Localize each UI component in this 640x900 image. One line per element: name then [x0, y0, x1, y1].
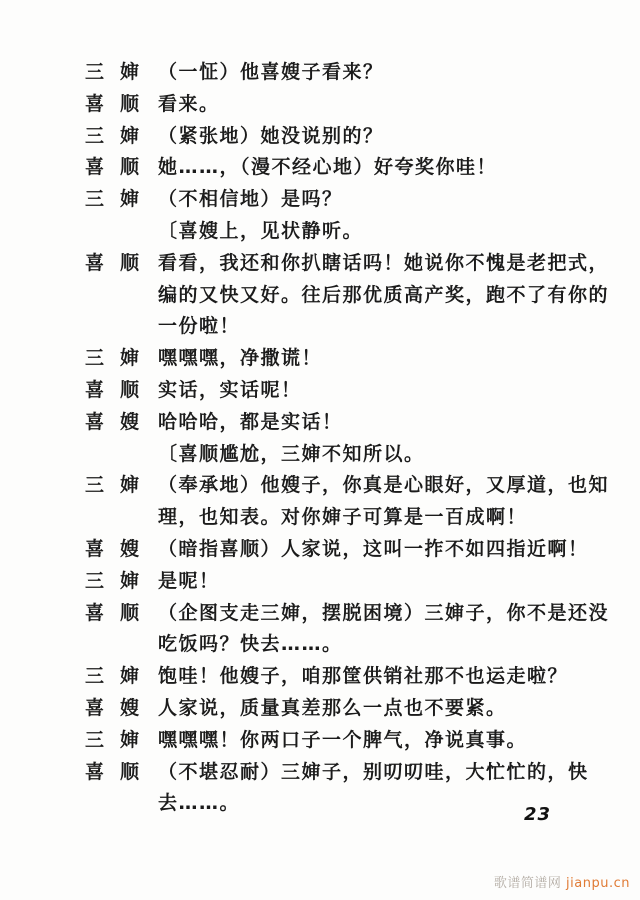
watermark: 歌谱简谱网 jianpu.cn — [494, 872, 630, 891]
watermark-site-name: 歌谱简谱网 — [494, 876, 562, 891]
script-line: 三婶 （一怔）他喜嫂子看来？ — [0, 57, 640, 89]
dialogue-text: 吃饭吗？快去……。 — [158, 629, 343, 656]
speaker-name: 三婶 — [85, 121, 139, 148]
speaker-name: 三婶 — [85, 57, 139, 84]
speaker-name: 三婶 — [85, 725, 139, 752]
script-line: 三婶 （紧张地）她没说别的？ — [0, 121, 640, 153]
dialogue-text: （企图支走三婶，摆脱困境）三婶子，你不是还没 — [158, 598, 609, 625]
script-line: 喜嫂 哈哈哈，都是实话！ — [0, 407, 640, 439]
dialogue-text: 编的又快又好。往后那优质高产奖，跑不了有你的 — [158, 280, 609, 307]
speaker-name: 喜嫂 — [85, 407, 139, 434]
script-line: 喜顺 （企图支走三婶，摆脱困境）三婶子，你不是还没 — [0, 598, 640, 630]
script-line: 喜嫂 人家说，质量真差那么一点也不要紧。 — [0, 693, 640, 725]
dialogue-text: （暗指喜顺）人家说，这叫一拃不如四指近啊！ — [158, 534, 589, 561]
script-line: 喜顺 实话，实话呢！ — [0, 375, 640, 407]
speaker-name: 三婶 — [85, 661, 139, 688]
stage-direction-line: 〔喜顺尴尬，三婶不知所以。 — [0, 439, 640, 471]
dialogue-text: （一怔）他喜嫂子看来？ — [158, 57, 384, 84]
script-line: 喜顺 看来。 — [0, 89, 640, 121]
dialogue-continuation-line: 理，也知表。对你婶子可算是一百成啊！ — [0, 502, 640, 534]
dialogue-text: 人家说，质量真差那么一点也不要紧。 — [158, 693, 507, 720]
speaker-name: 喜顺 — [85, 152, 139, 179]
dialogue-text: （奉承地）他嫂子，你真是心眼好，又厚道，也知 — [158, 470, 609, 497]
dialogue-text: 嘿嘿嘿！你两口子一个脾气，净说真事。 — [158, 725, 527, 752]
speaker-name: 三婶 — [85, 343, 139, 370]
dialogue-text: 一份啦！ — [158, 311, 240, 338]
script-line: 三婶 （奉承地）他嫂子，你真是心眼好，又厚道，也知 — [0, 470, 640, 502]
dialogue-text: （不堪忍耐）三婶子，别叨叨哇，大忙忙的，快 — [158, 757, 589, 784]
dialogue-text: 是呢！ — [158, 566, 220, 593]
watermark-site-url: jianpu.cn — [566, 876, 630, 891]
speaker-name: 喜嫂 — [85, 693, 139, 720]
dialogue-text: 去……。 — [158, 788, 240, 815]
dialogue-continuation-line: 一份啦！ — [0, 311, 640, 343]
speaker-name: 喜顺 — [85, 375, 139, 402]
dialogue-continuation-line: 吃饭吗？快去……。 — [0, 629, 640, 661]
scanned-script-page: 三婶 （一怔）他喜嫂子看来？ 喜顺 看来。 三婶 （紧张地）她没说别的？ 喜顺 … — [0, 0, 640, 900]
speaker-name: 喜顺 — [85, 598, 139, 625]
script-text-block: 三婶 （一怔）他喜嫂子看来？ 喜顺 看来。 三婶 （紧张地）她没说别的？ 喜顺 … — [0, 57, 640, 820]
dialogue-text: （紧张地）她没说别的？ — [158, 121, 384, 148]
dialogue-text: 饱哇！他嫂子，咱那筐供销社那不也运走啦？ — [158, 661, 568, 688]
page-number: 23 — [524, 804, 551, 825]
speaker-name: 喜顺 — [85, 757, 139, 784]
stage-direction-line: 〔喜嫂上，见状静听。 — [0, 216, 640, 248]
speaker-name: 喜顺 — [85, 89, 139, 116]
dialogue-text: 理，也知表。对你婶子可算是一百成啊！ — [158, 502, 527, 529]
script-line: 喜嫂 （暗指喜顺）人家说，这叫一拃不如四指近啊！ — [0, 534, 640, 566]
script-line: 三婶 嘿嘿嘿，净撒谎！ — [0, 343, 640, 375]
script-line: 喜顺 （不堪忍耐）三婶子，别叨叨哇，大忙忙的，快 — [0, 757, 640, 789]
dialogue-text: 她……，（漫不经心地）好夸奖你哇！ — [158, 152, 497, 179]
dialogue-text: （不相信地）是吗？ — [158, 184, 343, 211]
speaker-name: 三婶 — [85, 184, 139, 211]
dialogue-continuation-line: 编的又快又好。往后那优质高产奖，跑不了有你的 — [0, 280, 640, 312]
speaker-name: 三婶 — [85, 566, 139, 593]
dialogue-text: 哈哈哈，都是实话！ — [158, 407, 343, 434]
speaker-name: 三婶 — [85, 470, 139, 497]
script-line: 三婶 嘿嘿嘿！你两口子一个脾气，净说真事。 — [0, 725, 640, 757]
speaker-name: 喜顺 — [85, 248, 139, 275]
dialogue-text: 嘿嘿嘿，净撒谎！ — [158, 343, 322, 370]
script-line: 喜顺 她……，（漫不经心地）好夸奖你哇！ — [0, 152, 640, 184]
dialogue-text: 看来。 — [158, 89, 220, 116]
dialogue-text: 实话，实话呢！ — [158, 375, 302, 402]
script-line: 三婶 是呢！ — [0, 566, 640, 598]
stage-direction-text: 〔喜嫂上，见状静听。 — [158, 216, 363, 243]
stage-direction-text: 〔喜顺尴尬，三婶不知所以。 — [158, 439, 425, 466]
script-line: 三婶 饱哇！他嫂子，咱那筐供销社那不也运走啦？ — [0, 661, 640, 693]
dialogue-text: 看看，我还和你扒瞎话吗！她说你不愧是老把式， — [158, 248, 609, 275]
speaker-name: 喜嫂 — [85, 534, 139, 561]
script-line: 喜顺 看看，我还和你扒瞎话吗！她说你不愧是老把式， — [0, 248, 640, 280]
script-line: 三婶 （不相信地）是吗？ — [0, 184, 640, 216]
